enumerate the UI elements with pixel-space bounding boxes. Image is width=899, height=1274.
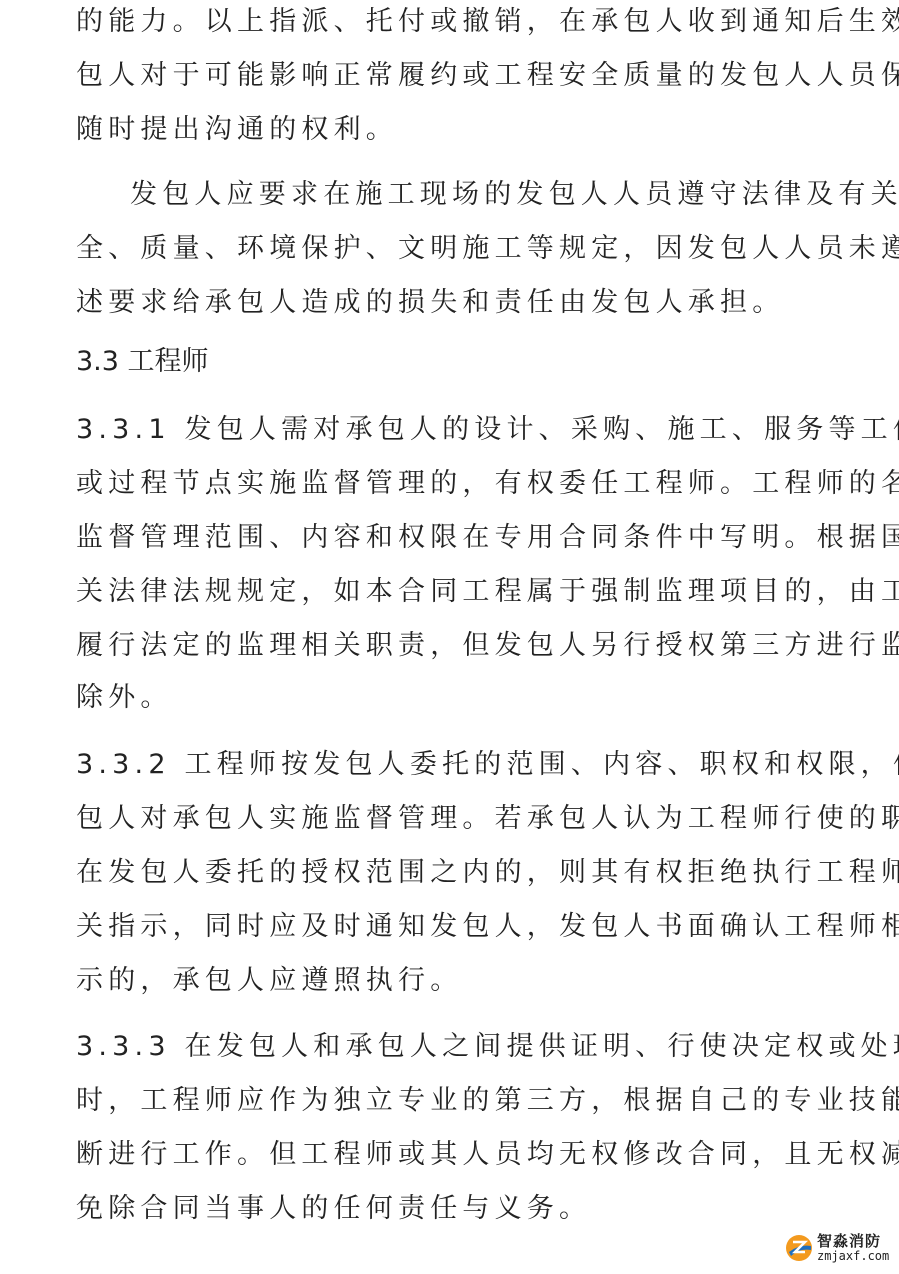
paragraph-line: 时，工程师应作为独立专业的第三方，根据自己的专业技能和判 [76, 1081, 899, 1121]
paragraph-line: 断进行工作。但工程师或其人员均无权修改合同，且无权减轻或 [76, 1135, 899, 1175]
section-heading: 3.3 工程师 [76, 342, 209, 382]
watermark-logo: 智淼消防 zmjaxf.com [785, 1228, 895, 1268]
paragraph-line: 包人对于可能影响正常履约或工程安全质量的发包人人员保有 [76, 56, 899, 96]
paragraph-line: 3.3.1 发包人需对承包人的设计、采购、施工、服务等工作过程 [76, 410, 899, 450]
paragraph-line: 或过程节点实施监督管理的，有权委任工程师。工程师的名称、 [76, 464, 899, 504]
paragraph-line: 示的，承包人应遵照执行。 [76, 961, 462, 1001]
paragraph-line: 包人对承包人实施监督管理。若承包人认为工程师行使的职权不 [76, 799, 899, 839]
paragraph-line: 的能力。以上指派、托付或撤销，在承包人收到通知后生效。承 [76, 2, 899, 42]
watermark-url: zmjaxf.com [817, 1249, 889, 1263]
paragraph-line: 关指示，同时应及时通知发包人，发包人书面确认工程师相关指 [76, 907, 899, 947]
paragraph-line: 随时提出沟通的权利。 [76, 110, 398, 150]
paragraph-line: 述要求给承包人造成的损失和责任由发包人承担。 [76, 283, 784, 323]
paragraph-line: 关法律法规规定，如本合同工程属于强制监理项目的，由工程师 [76, 572, 899, 612]
paragraph-line: 免除合同当事人的任何责任与义务。 [76, 1189, 591, 1229]
paragraph-line: 3.3.3 在发包人和承包人之间提供证明、行使决定权或处理权 [76, 1027, 899, 1067]
paragraph-line: 履行法定的监理相关职责，但发包人另行授权第三方进行监理的 [76, 626, 899, 666]
paragraph-line: 发包人应要求在施工现场的发包人人员遵守法律及有关安 [130, 175, 899, 215]
brand-logo-icon [785, 1234, 813, 1262]
watermark-name: 智淼消防 [817, 1230, 881, 1251]
paragraph-line: 全、质量、环境保护、文明施工等规定，因发包人人员未遵守上 [76, 229, 899, 269]
paragraph-line: 3.3.2 工程师按发包人委托的范围、内容、职权和权限，代表发 [76, 745, 899, 785]
paragraph-line: 在发包人委托的授权范围之内的，则其有权拒绝执行工程师的相 [76, 853, 899, 893]
paragraph-line: 除外。 [76, 678, 173, 718]
paragraph-line: 监督管理范围、内容和权限在专用合同条件中写明。根据国家相 [76, 518, 899, 558]
